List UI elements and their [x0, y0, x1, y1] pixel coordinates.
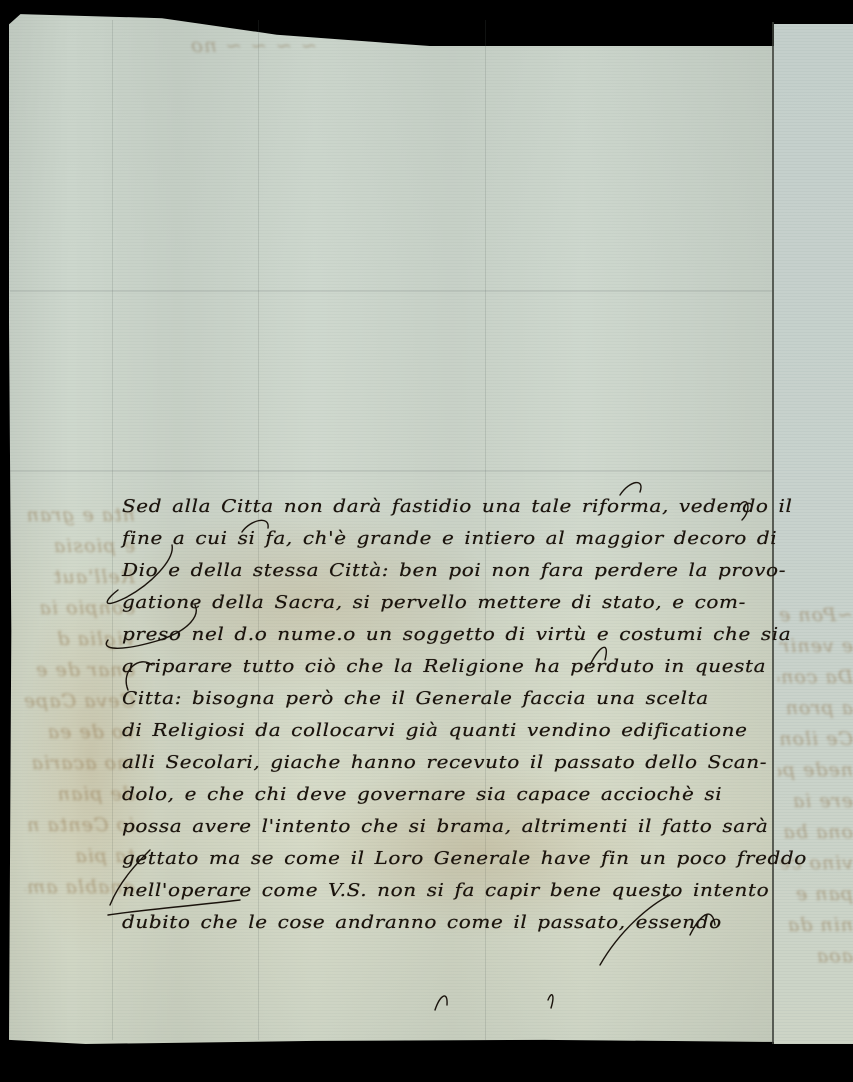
paper-crease	[10, 290, 772, 292]
manuscript-line: fine a cui si fa, ch'è grande e intiero …	[122, 524, 777, 552]
manuscript-line: gettato ma se come il Loro Generale have…	[122, 844, 777, 872]
manuscript-line: gatione della Sacra, si pervello mettere…	[122, 588, 777, 616]
scanned-manuscript: ~ ~ ~ ~ no nta e grane piosiaRell'autcon…	[0, 0, 853, 1082]
paper-crease	[10, 470, 772, 472]
bleed-through-top: ~ ~ ~ ~ no	[190, 30, 317, 60]
bleed-through-right-leaf: ~Pon ese venirDa conea pron Ce ilonnede …	[778, 600, 853, 972]
manuscript-line: a riparare tutto ciò che la Religione ha…	[122, 652, 777, 680]
manuscript-line: nell'operare come V.S. non si fa capir b…	[122, 876, 777, 904]
manuscript-line: dolo, e che chi deve governare sia capac…	[122, 780, 777, 808]
manuscript-line: possa avere l'intento che si brama, altr…	[122, 812, 777, 840]
manuscript-line: Citta: bisogna però che il Generale facc…	[122, 684, 777, 712]
manuscript-line: Sed alla Citta non darà fastidio una tal…	[122, 492, 777, 520]
manuscript-line: alli Secolari, giache hanno recevuto il …	[122, 748, 777, 776]
manuscript-line: di Religiosi da collocarvi già quanti ve…	[122, 716, 777, 744]
manuscript-text: Sed alla Citta non darà fastidio una tal…	[122, 490, 777, 938]
manuscript-line: dubito che le cose andranno come il pass…	[122, 908, 777, 936]
bleed-through-left-margin: nta e grane piosiaRell'autconpio ia vigl…	[25, 500, 135, 903]
manuscript-line: preso nel d.o nume.o un soggetto di virt…	[122, 620, 777, 648]
manuscript-line: Dio e della stessa Città: ben poi non fa…	[122, 556, 777, 584]
